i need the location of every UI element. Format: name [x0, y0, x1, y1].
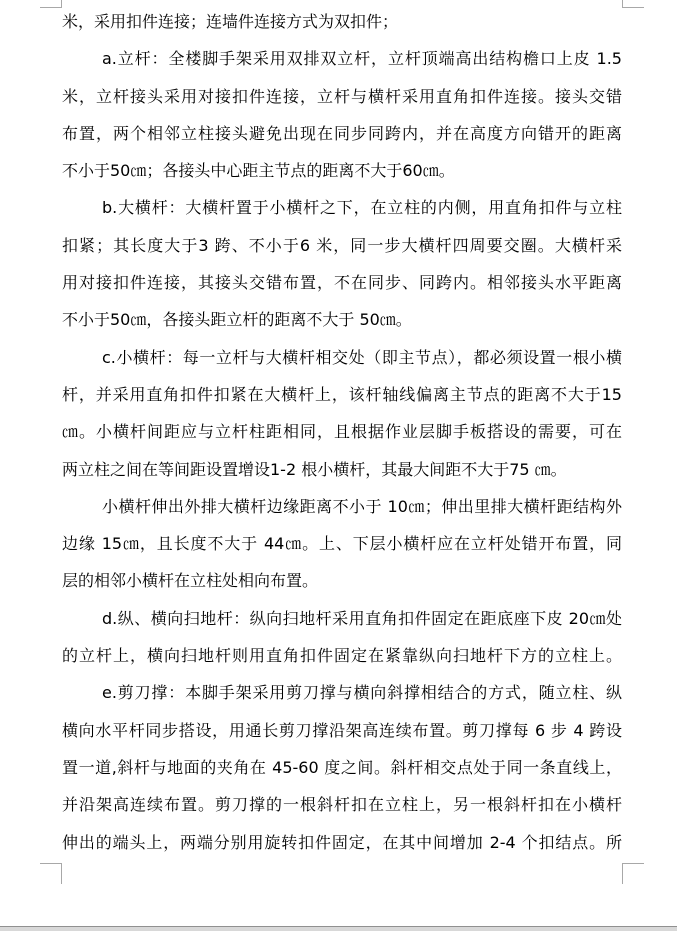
text-line: 并沿架高连续布置。剪刀撑的一根斜杆扣在立柱上，另一根斜杆扣在小横杆 [62, 786, 622, 823]
text-line: e.剪刀撑：本脚手架采用剪刀撑与横向斜撑相结合的方式，随立柱、纵 [62, 674, 622, 711]
text-line: 层的相邻小横杆在立柱处相向布置。 [62, 562, 622, 599]
text-line: 不小于50㎝；各接头中心距主节点的距离不大于60㎝。 [62, 152, 622, 189]
document-text-area: 米，采用扣件连接；连墙件连接方式为双扣件； a.立杆：全楼脚手架采用双排双立杆，… [62, 3, 622, 861]
text-line: 杆，并采用直角扣件扣紧在大横杆上，该杆轴线偏离主节点的距离不大于15 [62, 376, 622, 413]
text-line: 扣紧；其长度大于3 跨、不小于6 米，同一步大横杆四周要交圈。大横杆采 [62, 227, 622, 264]
window-bottom-edge [0, 926, 677, 931]
text-line: 伸出的端头上，两端分别用旋转扣件固定，在其中间增加 2-4 个扣结点。所 [62, 824, 622, 861]
text-line: 用对接扣件连接，其接头交错布置，不在同步、同跨内。相邻接头水平距离 [62, 264, 622, 301]
text-boundary-mark-top-right [622, 0, 644, 8]
text-line: 不小于50㎝，各接头距立杆的距离不大于 50㎝。 [62, 301, 622, 338]
text-line: 布置，两个相邻立柱接头避免出现在同步同跨内，并在高度方向错开的距离 [62, 115, 622, 152]
text-boundary-mark-bottom-right [622, 863, 644, 884]
text-line: 两立柱之间在等间距设置增设1-2 根小横杆，其最大间距不大于75 ㎝。 [62, 451, 622, 488]
text-line: 置一道,斜杆与地面的夹角在 45-60 度之间。斜杆相交点处于同一条直线上， [62, 749, 622, 786]
text-line: 边缘 15㎝，且长度不大于 44㎝。上、下层小横杆应在立杆处错开布置，同 [62, 525, 622, 562]
text-line: d.纵、横向扫地杆：纵向扫地杆采用直角扣件固定在距底座下皮 20㎝处 [62, 600, 622, 637]
text-boundary-mark-top-left [40, 0, 62, 8]
text-line: 米，采用扣件连接；连墙件连接方式为双扣件； [62, 3, 622, 40]
text-boundary-mark-bottom-left [40, 863, 62, 884]
text-line: c.小横杆：每一立杆与大横杆相交处（即主节点），都必须设置一根小横 [62, 339, 622, 376]
text-line: ㎝。小横杆间距应与立杆柱距相同，且根据作业层脚手板搭设的需要，可在 [62, 413, 622, 450]
text-line: 米，立杆接头采用对接扣件连接，立杆与横杆采用直角扣件连接。接头交错 [62, 78, 622, 115]
text-line: b.大横杆：大横杆置于小横杆之下，在立柱的内侧，用直角扣件与立柱 [62, 189, 622, 226]
text-line: 小横杆伸出外排大横杆边缘距离不小于 10㎝；伸出里排大横杆距结构外 [62, 488, 622, 525]
text-line: a.立杆：全楼脚手架采用双排双立杆，立杆顶端高出结构檐口上皮 1.5 [62, 40, 622, 77]
document-page: 米，采用扣件连接；连墙件连接方式为双扣件； a.立杆：全楼脚手架采用双排双立杆，… [0, 0, 677, 926]
text-line: 的立杆上，横向扫地杆则用直角扣件固定在紧靠纵向扫地杆下方的立柱上。 [62, 637, 622, 674]
text-line: 横向水平杆同步搭设，用通长剪刀撑沿架高连续布置。剪刀撑每 6 步 4 跨设 [62, 712, 622, 749]
